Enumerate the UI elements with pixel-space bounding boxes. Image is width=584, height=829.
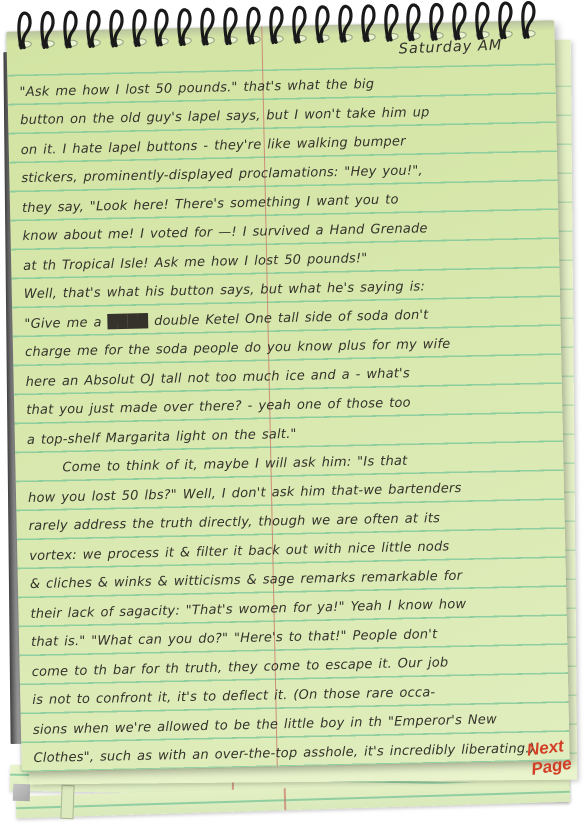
spiral-coil-icon <box>493 0 518 44</box>
spiral-coil-icon <box>355 0 380 47</box>
spiral-coil-icon <box>424 0 449 46</box>
spiral-coil-icon <box>447 0 472 45</box>
spiral-coil-icon <box>35 6 60 54</box>
spiral-coil-icon <box>58 6 83 54</box>
page-corner-tab <box>60 785 74 819</box>
spiral-coil-icon <box>218 2 243 50</box>
spiral-coil-icon <box>195 3 220 51</box>
spiral-coil-icon <box>287 1 312 49</box>
spiral-coil-icon <box>149 4 174 52</box>
notebook-page: Saturday AM "Ask me how I lost 50 pounds… <box>6 20 569 771</box>
spiral-coil-icon <box>378 0 403 47</box>
spiral-coil-icon <box>264 1 289 49</box>
sheet-margin-tick <box>284 788 287 810</box>
spiral-coil-icon <box>103 5 128 53</box>
spiral-coil-icon <box>310 0 335 48</box>
binder-clip-tab <box>13 784 31 802</box>
notepad-photo: Saturday AM "Ask me how I lost 50 pounds… <box>0 0 584 829</box>
spiral-coil-icon <box>516 0 541 44</box>
spiral-coil-icon <box>401 0 426 46</box>
spiral-coil-icon <box>126 4 151 52</box>
spiral-coil-icon <box>470 0 495 45</box>
steno-pad: Saturday AM "Ask me how I lost 50 pounds… <box>6 20 569 771</box>
next-page-link[interactable]: Next Page <box>526 736 573 779</box>
spiral-coil-icon <box>172 3 197 51</box>
spiral-coil-icon <box>81 5 106 53</box>
spiral-coil-icon <box>332 0 357 48</box>
spiral-coil-icon <box>241 2 266 50</box>
handwritten-note: "Ask me how I lost 50 pounds." that's wh… <box>19 67 555 774</box>
sheet-rule-line <box>16 791 570 809</box>
spiral-coil-icon <box>12 6 37 54</box>
